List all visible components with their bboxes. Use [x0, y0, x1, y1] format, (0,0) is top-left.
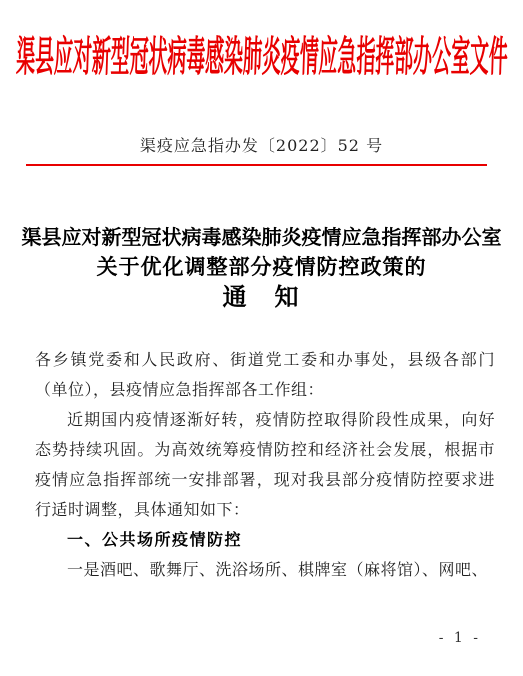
- document-body: 各乡镇党委和人民政府、街道党工委和办事处，县级各部门（单位），县疫情应急指挥部各…: [35, 345, 495, 585]
- red-divider-line: [26, 164, 487, 166]
- red-header-banner: 渠县应对新型冠状病毒感染肺炎疫情应急指挥部办公室文件: [0, 33, 523, 81]
- document-title-line1: 渠县应对新型冠状病毒感染肺炎疫情应急指挥部办公室: [0, 222, 523, 252]
- intro-paragraph: 近期国内疫情逐渐好转，疫情防控取得阶段性成果，向好态势持续巩固。为高效统筹疫情防…: [35, 405, 495, 525]
- section-1-heading: 一、公共场所疫情防控: [35, 525, 495, 555]
- page-number: - 1 -: [439, 630, 481, 646]
- official-document-page: 渠县应对新型冠状病毒感染肺炎疫情应急指挥部办公室文件 渠疫应急指办发〔2022〕…: [0, 0, 523, 676]
- document-title-line2: 关于优化调整部分疫情防控政策的: [0, 252, 523, 282]
- document-reference-number: 渠疫应急指办发〔2022〕52 号: [0, 136, 523, 156]
- document-title: 渠县应对新型冠状病毒感染肺炎疫情应急指挥部办公室 关于优化调整部分疫情防控政策的…: [0, 222, 523, 312]
- venues-paragraph: 一是酒吧、歌舞厅、洗浴场所、棋牌室（麻将馆）、网吧、: [35, 555, 495, 585]
- salutation-paragraph: 各乡镇党委和人民政府、街道党工委和办事处，县级各部门（单位），县疫情应急指挥部各…: [35, 345, 495, 405]
- masthead-title: 渠县应对新型冠状病毒感染肺炎疫情应急指挥部办公室文件: [15, 33, 508, 81]
- document-title-line3: 通 知: [0, 282, 523, 312]
